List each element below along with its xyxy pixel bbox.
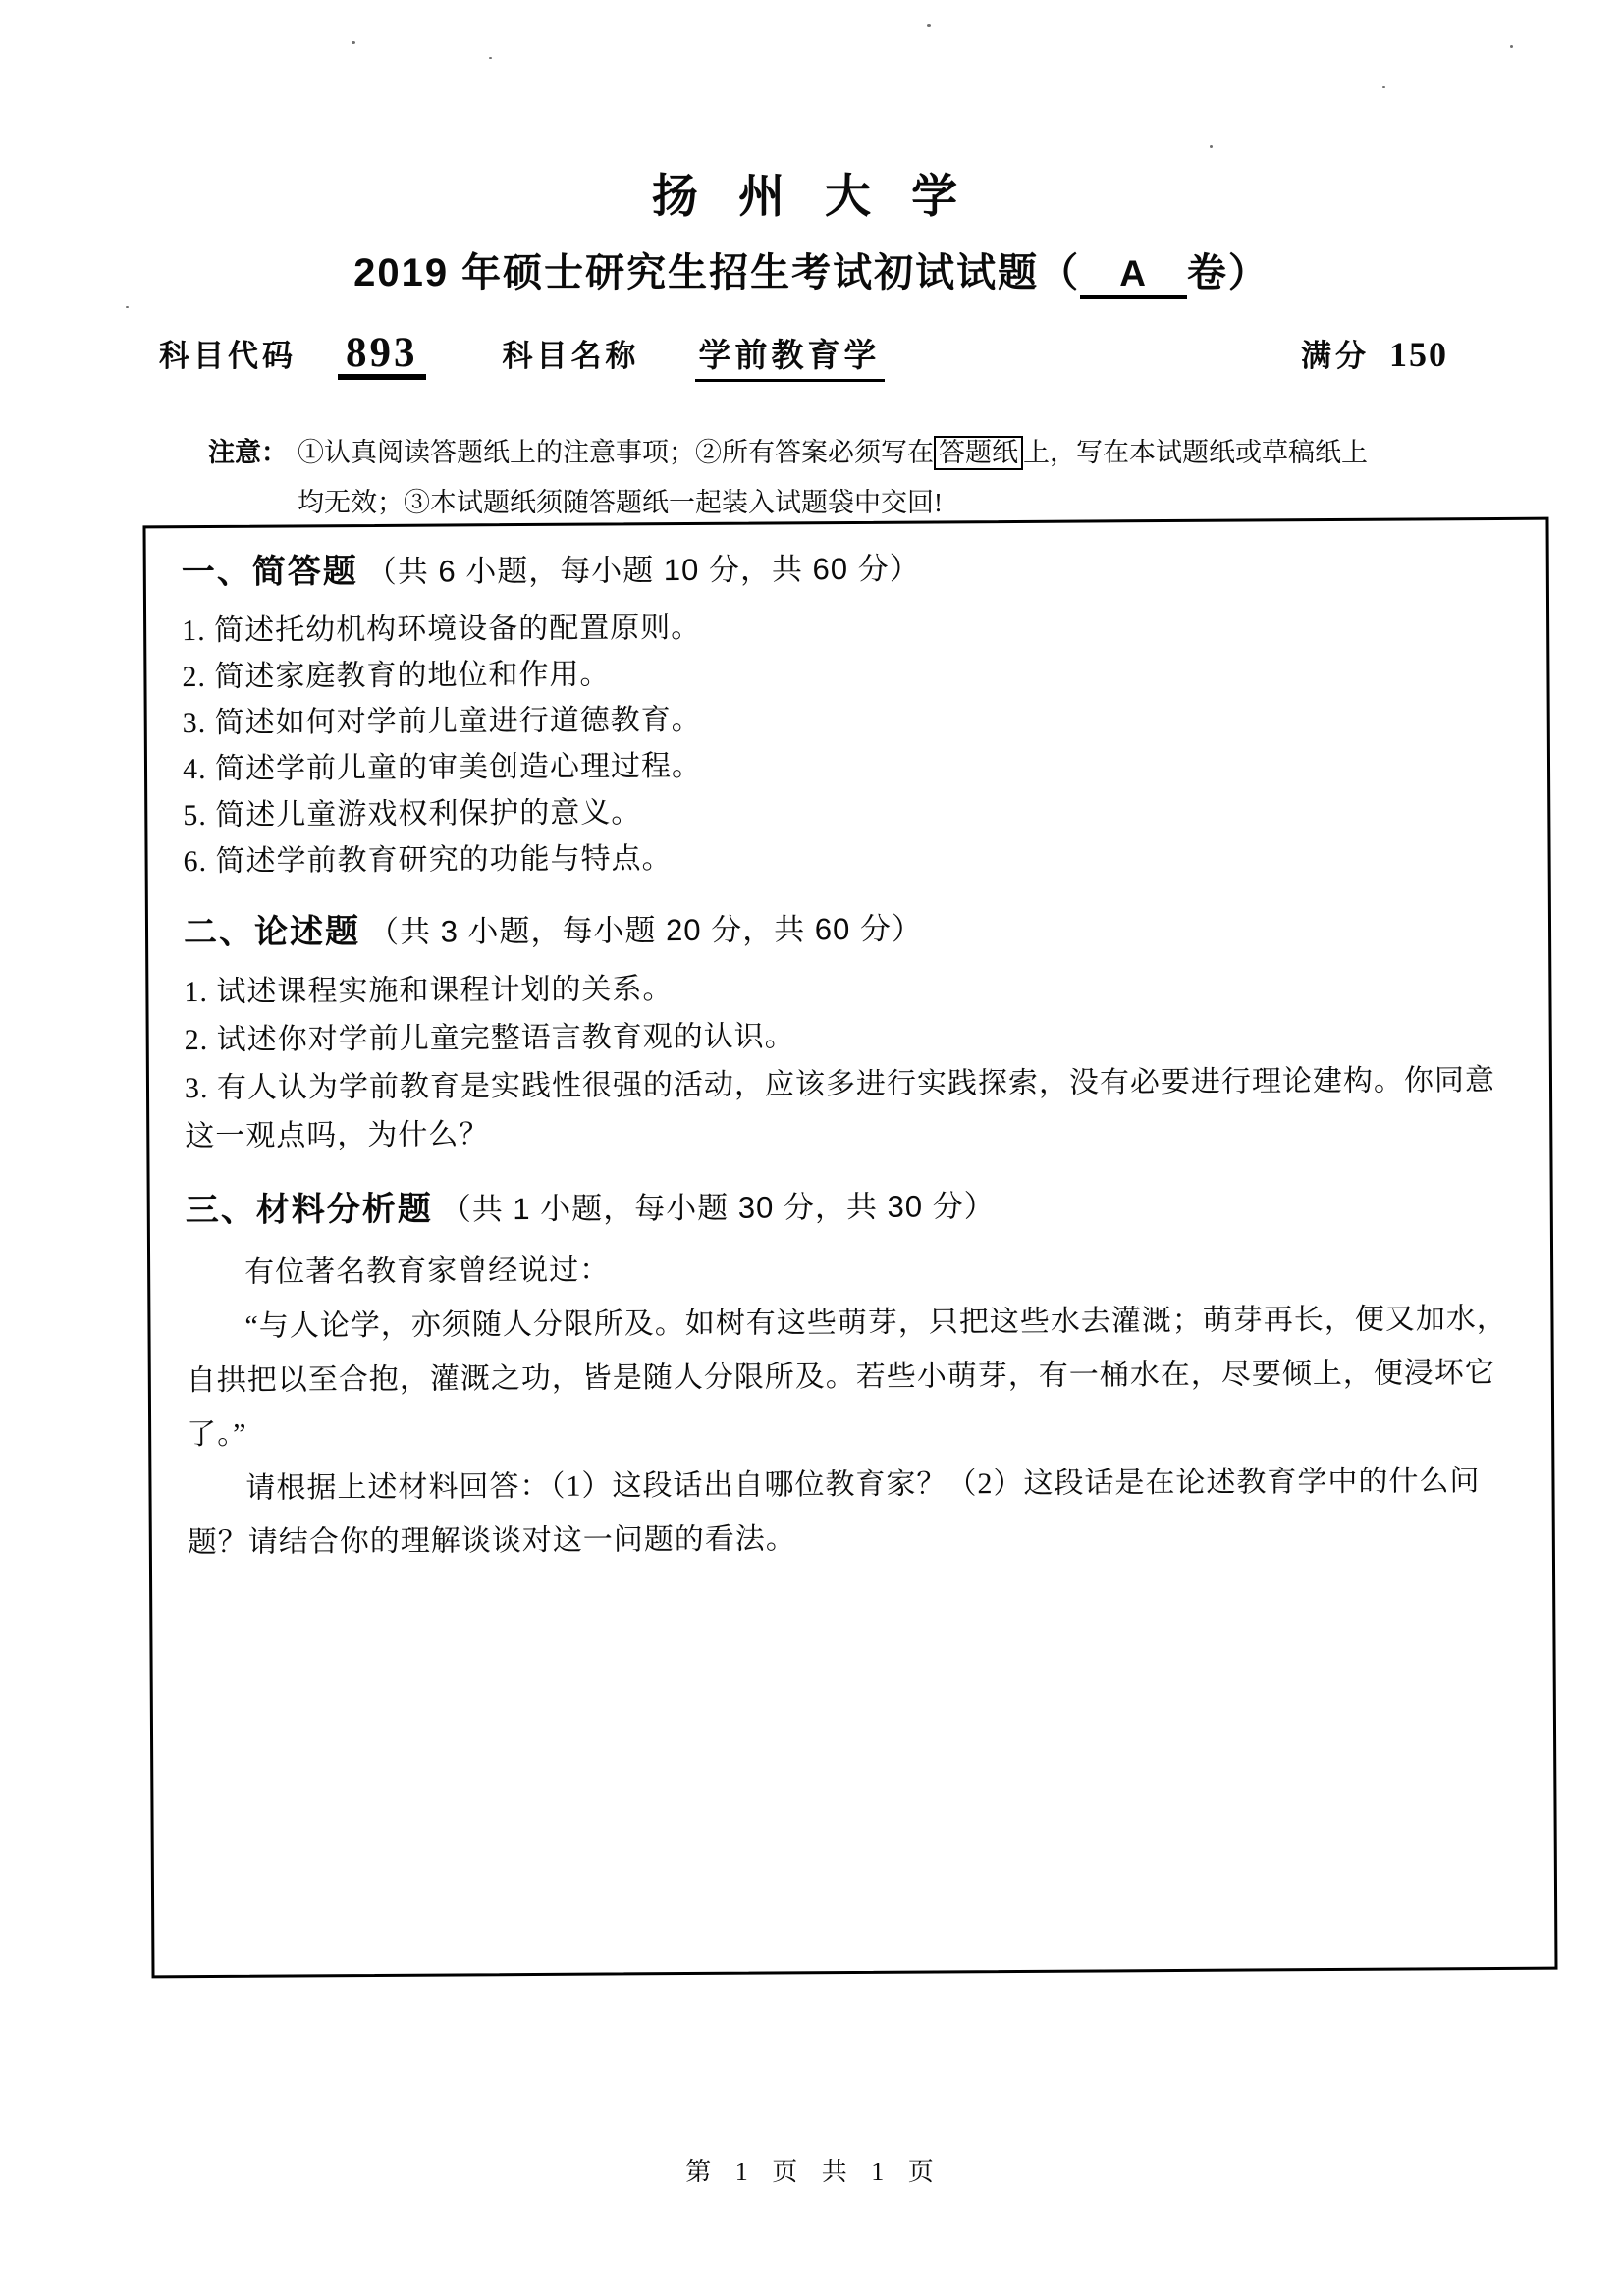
- full-score-label: 满分: [1301, 331, 1370, 375]
- material-question: 请根据上述材料回答：（1）这段话出自哪位教育家？（2）这段话是在论述教育学中的什…: [187, 1454, 1515, 1570]
- material-passage: 有位著名教育家曾经说过： “与人论学，亦须随人分限所及。如树有这些萌芽，只把这些…: [186, 1238, 1515, 1570]
- material-intro: 有位著名教育家曾经说过：: [186, 1238, 1513, 1300]
- scan-speck: [126, 306, 129, 308]
- notice-line-1: ①认真阅读答题纸上的注意事项；②所有答案必须写在答题纸上，写在本试题纸或草稿纸上: [298, 428, 1475, 478]
- exam-title-line: 2019 年硕士研究生招生考试初试试题（A卷）: [0, 241, 1623, 299]
- scan-speck: [1510, 45, 1513, 48]
- scan-speck: [352, 41, 355, 44]
- exam-title-suffix: 卷）: [1187, 251, 1270, 294]
- subject-name-label: 科目名称: [503, 331, 640, 375]
- section-2-question-list: 1. 试述课程实施和课程计划的关系。 2. 试述你对学前儿童完整语言教育观的认识…: [184, 960, 1512, 1160]
- question-item: 1. 简述托幼机构环境设备的配置原则。: [182, 600, 1509, 654]
- answer-sheet-boxed-term: 答题纸: [934, 436, 1023, 470]
- subject-code-label: 科目代码: [159, 331, 297, 375]
- subject-name-value: 学前教育学: [695, 330, 885, 382]
- section-3-heading: 三、材料分析题（共 1 小题，每小题 30 分，共 30 分）: [186, 1180, 1513, 1234]
- university-title: 扬 州 大 学: [0, 160, 1623, 226]
- section-material-analysis: 三、材料分析题（共 1 小题，每小题 30 分，共 30 分） 有位著名教育家曾…: [186, 1180, 1515, 1570]
- scan-speck: [1210, 145, 1213, 148]
- notice-line1-pre: ①认真阅读答题纸上的注意事项；②所有答案必须写在: [298, 438, 934, 467]
- section-2-title: 二、论述题: [184, 913, 360, 951]
- full-score-value: 150: [1389, 334, 1448, 375]
- exam-notice: 注意： ①认真阅读答题纸上的注意事项；②所有答案必须写在答题纸上，写在本试题纸或…: [208, 428, 1475, 528]
- question-item: 5. 简述儿童游戏权利保护的意义。: [183, 784, 1510, 838]
- question-item: 3. 简述如何对学前儿童进行道德教育。: [183, 692, 1510, 746]
- section-essay: 二、论述题（共 3 小题，每小题 20 分，共 60 分） 1. 试述课程实施和…: [184, 902, 1513, 1160]
- subject-code-value: 893: [338, 332, 426, 380]
- scan-speck: [927, 24, 931, 27]
- question-item: 2. 简述家庭教育的地位和作用。: [182, 646, 1509, 700]
- exam-title-prefix: 2019 年硕士研究生招生考试初试试题（: [353, 251, 1080, 294]
- subject-info-row: 科目代码 893 科目名称 学前教育学 满分 150: [159, 330, 1448, 382]
- section-1-question-list: 1. 简述托幼机构环境设备的配置原则。 2. 简述家庭教育的地位和作用。 3. …: [182, 600, 1511, 884]
- section-3-meta: （共 1 小题，每小题 30 分，共 30 分）: [441, 1189, 996, 1226]
- question-item: 1. 试述课程实施和课程计划的关系。: [184, 960, 1511, 1016]
- full-score-group: 满分 150: [1301, 331, 1448, 375]
- section-3-title: 三、材料分析题: [186, 1191, 433, 1230]
- exam-paper-page: 扬 州 大 学 2019 年硕士研究生招生考试初试试题（A卷） 科目代码 893…: [0, 0, 1623, 2296]
- section-2-heading: 二、论述题（共 3 小题，每小题 20 分，共 60 分）: [184, 902, 1511, 956]
- page-number-footer: 第 1 页 共 1 页: [0, 2152, 1623, 2188]
- question-area-box: 一、简答题（共 6 小题，每小题 10 分，共 60 分） 1. 简述托幼机构环…: [142, 517, 1557, 1979]
- material-quote: “与人论学，亦须随人分限所及。如树有这些萌芽，只把这些水去灌溉；萌芽再长，便又加…: [186, 1292, 1514, 1462]
- scan-speck: [489, 57, 492, 59]
- notice-line1-post: 上，写在本试题纸或草稿纸上: [1023, 438, 1368, 467]
- notice-body: ①认真阅读答题纸上的注意事项；②所有答案必须写在答题纸上，写在本试题纸或草稿纸上…: [298, 428, 1475, 528]
- section-short-answer: 一、简答题（共 6 小题，每小题 10 分，共 60 分） 1. 简述托幼机构环…: [182, 542, 1511, 884]
- scan-speck: [1382, 86, 1385, 88]
- question-item: 4. 简述学前儿童的审美创造心理过程。: [183, 738, 1510, 792]
- exam-variant-letter: A: [1080, 255, 1187, 299]
- question-item: 2. 试述你对学前儿童完整语言教育观的认识。: [185, 1008, 1512, 1064]
- question-item: 6. 简述学前教育研究的功能与特点。: [183, 830, 1510, 884]
- notice-label: 注意：: [208, 428, 288, 528]
- section-1-meta: （共 6 小题，每小题 10 分，共 60 分）: [366, 552, 921, 589]
- section-1-title: 一、简答题: [182, 553, 358, 591]
- section-1-heading: 一、简答题（共 6 小题，每小题 10 分，共 60 分）: [182, 542, 1509, 596]
- question-item: 3. 有人认为学前教育是实践性很强的活动，应该多进行实践探索，没有必要进行理论建…: [185, 1056, 1513, 1160]
- section-2-meta: （共 3 小题，每小题 20 分，共 60 分）: [368, 912, 923, 949]
